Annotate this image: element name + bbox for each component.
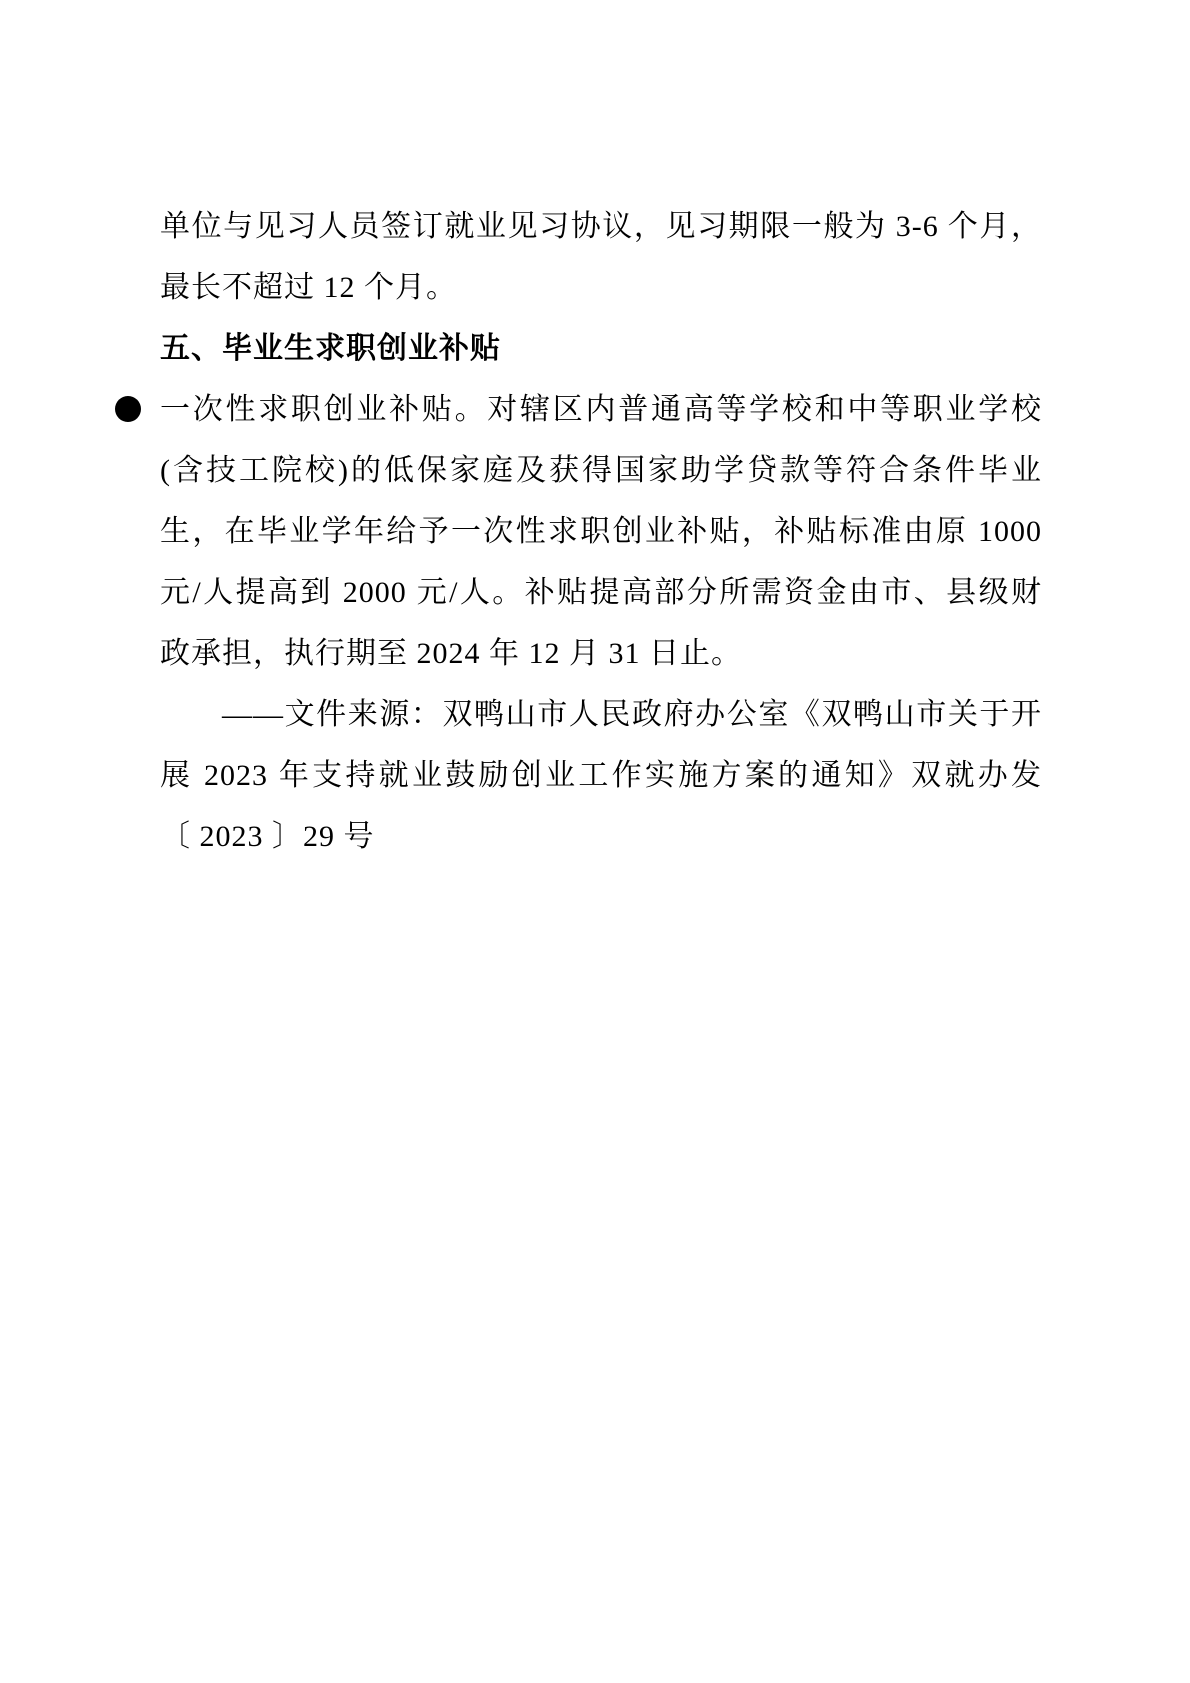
source-line: ——文件来源：双鸭山市人民政府办公室《双鸭山市关于开 (160, 684, 1042, 745)
body-line: 元/人提高到 2000 元/人。补贴提高部分所需资金由市、县级财 (160, 562, 1042, 623)
document-page: 单位与见习人员签订就业见习协议，见习期限一般为 3-6 个月， 最长不超过 12… (0, 0, 1190, 1683)
section-heading: 五、毕业生求职创业补贴 (160, 318, 1042, 379)
body-line: 一次性求职创业补贴。对辖区内普通高等学校和中等职业学校 (160, 379, 1042, 440)
body-line: (含技工院校)的低保家庭及获得国家助学贷款等符合条件毕业 (160, 440, 1042, 501)
bullet-item-job-seeking-subsidy: 一次性求职创业补贴。对辖区内普通高等学校和中等职业学校 (含技工院校)的低保家庭… (160, 379, 1042, 684)
document-body: 单位与见习人员签订就业见习协议，见习期限一般为 3-6 个月， 最长不超过 12… (160, 196, 1042, 867)
source-line: 〔 2023 〕29 号 (160, 806, 1042, 867)
source-note: ——文件来源：双鸭山市人民政府办公室《双鸭山市关于开 展 2023 年支持就业鼓… (160, 684, 1042, 867)
source-line: 展 2023 年支持就业鼓励创业工作实施方案的通知》双就办发 (160, 745, 1042, 806)
body-line: 政承担，执行期至 2024 年 12 月 31 日止。 (160, 623, 1042, 684)
body-line: 最长不超过 12 个月。 (160, 257, 1042, 318)
body-line: 单位与见习人员签订就业见习协议，见习期限一般为 3-6 个月， (160, 196, 1042, 257)
body-line: 生，在毕业学年给予一次性求职创业补贴，补贴标准由原 1000 (160, 501, 1042, 562)
bullet-icon (115, 396, 141, 422)
paragraph-internship-terms: 单位与见习人员签订就业见习协议，见习期限一般为 3-6 个月， 最长不超过 12… (160, 196, 1042, 318)
